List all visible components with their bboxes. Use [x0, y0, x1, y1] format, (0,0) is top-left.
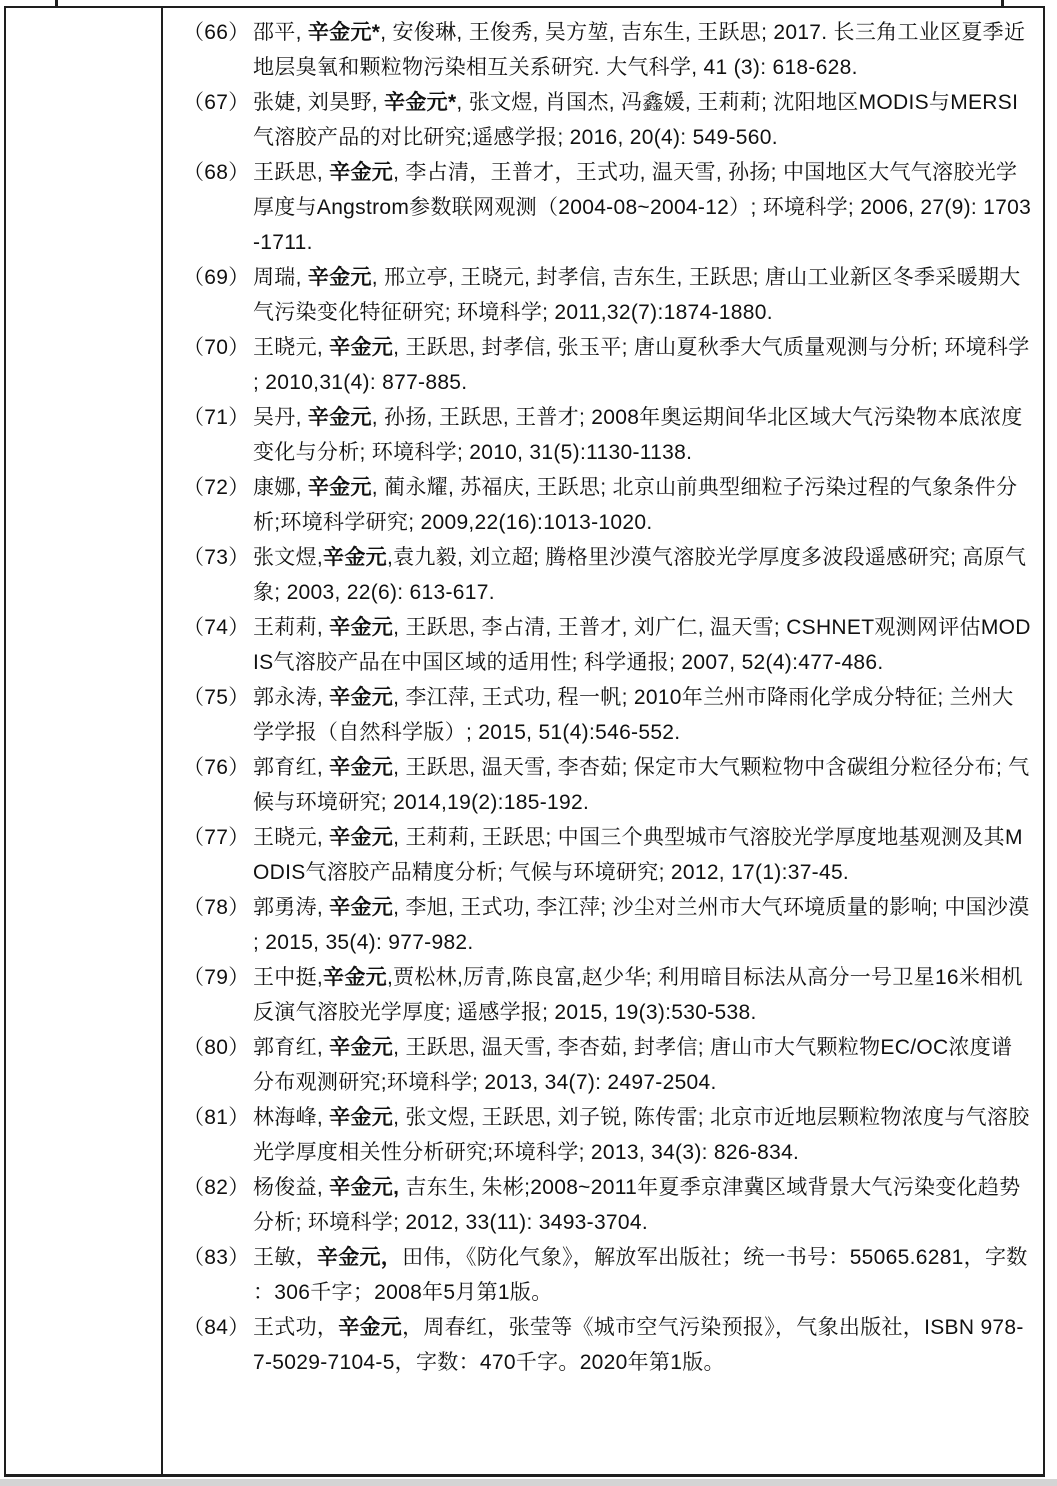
publication-item: （79） 王中挺,辛金元,贾松林,厉青,陈良富,赵少华; 利用暗目标法从高分一号…: [183, 960, 1033, 1030]
publication-item: （74） 王莉莉, 辛金元, 王跃思, 李占清, 王普才, 刘广仁, 温天雪; …: [183, 610, 1033, 680]
publication-item: （70） 王晓元, 辛金元, 王跃思, 封孝信, 张玉平; 唐山夏秋季大气质量观…: [183, 330, 1033, 400]
publication-number: （82）: [183, 1170, 253, 1205]
publication-text: 郭永涛, 辛金元, 李江萍, 王式功, 程一帆; 2010年兰州市降雨化学成分特…: [253, 680, 1033, 750]
publication-item: （66） 邵平, 辛金元*, 安俊琳, 王俊秀, 吴方堃, 吉东生, 王跃思; …: [183, 15, 1033, 85]
publication-text: 王式功，辛金元，周春红，张莹等《城市空气污染预报》，气象出版社，ISBN 978…: [253, 1310, 1033, 1380]
publication-number: （79）: [183, 960, 253, 995]
publication-number: （70）: [183, 330, 253, 365]
publication-text: 张文煜,辛金元,袁九毅, 刘立超; 腾格里沙漠气溶胶光学厚度多波段遥感研究; 高…: [253, 540, 1033, 610]
publication-text: 郭勇涛, 辛金元, 李旭, 王式功, 李江萍; 沙尘对兰州市大气环境质量的影响;…: [253, 890, 1033, 960]
publication-text: 周瑞, 辛金元, 邢立亭, 王晓元, 封孝信, 吉东生, 王跃思; 唐山工业新区…: [253, 260, 1033, 330]
publication-number: （72）: [183, 470, 253, 505]
publication-text: 王跃思, 辛金元, 李占清，王普才，王式功, 温天雪, 孙扬; 中国地区大气气溶…: [253, 155, 1033, 260]
publication-item: （84） 王式功，辛金元，周春红，张莹等《城市空气污染预报》，气象出版社，ISB…: [183, 1310, 1033, 1380]
publication-text: 王晓元, 辛金元, 王跃思, 封孝信, 张玉平; 唐山夏秋季大气质量观测与分析;…: [253, 330, 1033, 400]
table-cell-empty: [6, 8, 163, 1474]
publication-number: （74）: [183, 610, 253, 645]
page-bottom-edge: [0, 1479, 1057, 1486]
publication-number: （68）: [183, 155, 253, 190]
publication-number: （66）: [183, 15, 253, 50]
publication-text: 郭育红, 辛金元, 王跃思, 温天雪, 李杏茹, 封孝信; 唐山市大气颗粒物EC…: [253, 1030, 1033, 1100]
publication-number: （69）: [183, 260, 253, 295]
publication-text: 王晓元, 辛金元, 王莉莉, 王跃思; 中国三个典型城市气溶胶光学厚度地基观测及…: [253, 820, 1033, 890]
publication-number: （75）: [183, 680, 253, 715]
publication-item: （78） 郭勇涛, 辛金元, 李旭, 王式功, 李江萍; 沙尘对兰州市大气环境质…: [183, 890, 1033, 960]
publication-item: （77） 王晓元, 辛金元, 王莉莉, 王跃思; 中国三个典型城市气溶胶光学厚度…: [183, 820, 1033, 890]
publications-table: （66） 邵平, 辛金元*, 安俊琳, 王俊秀, 吴方堃, 吉东生, 王跃思; …: [4, 6, 1045, 1477]
publication-item: （75） 郭永涛, 辛金元, 李江萍, 王式功, 程一帆; 2010年兰州市降雨…: [183, 680, 1033, 750]
publication-item: （72） 康娜, 辛金元, 蔺永耀, 苏福庆, 王跃思; 北京山前典型细粒子污染…: [183, 470, 1033, 540]
publication-item: （82） 杨俊益, 辛金元, 吉东生, 朱彬;2008~2011年夏季京津冀区域…: [183, 1170, 1033, 1240]
publication-text: 张婕, 刘昊野, 辛金元*, 张文煜, 肖国杰, 冯鑫媛, 王莉莉; 沈阳地区M…: [253, 85, 1033, 155]
publication-number: （73）: [183, 540, 253, 575]
publication-item: （71） 吴丹, 辛金元, 孙扬, 王跃思, 王普才; 2008年奥运期间华北区…: [183, 400, 1033, 470]
publication-item: （76） 郭育红, 辛金元, 王跃思, 温天雪, 李杏茹; 保定市大气颗粒物中含…: [183, 750, 1033, 820]
publication-item: （69） 周瑞, 辛金元, 邢立亭, 王晓元, 封孝信, 吉东生, 王跃思; 唐…: [183, 260, 1033, 330]
publication-list: （66） 邵平, 辛金元*, 安俊琳, 王俊秀, 吴方堃, 吉东生, 王跃思; …: [163, 8, 1043, 1474]
publication-text: 邵平, 辛金元*, 安俊琳, 王俊秀, 吴方堃, 吉东生, 王跃思; 2017.…: [253, 15, 1033, 85]
publication-number: （83）: [183, 1240, 253, 1275]
publication-number: （84）: [183, 1310, 253, 1345]
publication-number: （78）: [183, 890, 253, 925]
publication-number: （76）: [183, 750, 253, 785]
publication-number: （81）: [183, 1100, 253, 1135]
publication-text: 杨俊益, 辛金元, 吉东生, 朱彬;2008~2011年夏季京津冀区域背景大气污…: [253, 1170, 1033, 1240]
publication-text: 王敏，辛金元，田伟，《防化气象》，解放军出版社；统一书号：55065.6281，…: [253, 1240, 1033, 1310]
publication-item: （81） 林海峰, 辛金元, 张文煜, 王跃思, 刘子锐, 陈传雷; 北京市近地…: [183, 1100, 1033, 1170]
publication-number: （77）: [183, 820, 253, 855]
publication-item: （83） 王敏，辛金元，田伟，《防化气象》，解放军出版社；统一书号：55065.…: [183, 1240, 1033, 1310]
document-page: （66） 邵平, 辛金元*, 安俊琳, 王俊秀, 吴方堃, 吉东生, 王跃思; …: [0, 0, 1057, 1486]
publication-number: （67）: [183, 85, 253, 120]
publication-item: （80） 郭育红, 辛金元, 王跃思, 温天雪, 李杏茹, 封孝信; 唐山市大气…: [183, 1030, 1033, 1100]
publication-text: 林海峰, 辛金元, 张文煜, 王跃思, 刘子锐, 陈传雷; 北京市近地层颗粒物浓…: [253, 1100, 1033, 1170]
publication-text: 王莉莉, 辛金元, 王跃思, 李占清, 王普才, 刘广仁, 温天雪; CSHNE…: [253, 610, 1033, 680]
publication-text: 吴丹, 辛金元, 孙扬, 王跃思, 王普才; 2008年奥运期间华北区域大气污染…: [253, 400, 1033, 470]
publication-text: 王中挺,辛金元,贾松林,厉青,陈良富,赵少华; 利用暗目标法从高分一号卫星16米…: [253, 960, 1033, 1030]
publication-text: 康娜, 辛金元, 蔺永耀, 苏福庆, 王跃思; 北京山前典型细粒子污染过程的气象…: [253, 470, 1033, 540]
publication-number: （80）: [183, 1030, 253, 1065]
publication-item: （68） 王跃思, 辛金元, 李占清，王普才，王式功, 温天雪, 孙扬; 中国地…: [183, 155, 1033, 260]
publication-text: 郭育红, 辛金元, 王跃思, 温天雪, 李杏茹; 保定市大气颗粒物中含碳组分粒径…: [253, 750, 1033, 820]
publication-number: （71）: [183, 400, 253, 435]
publication-item: （67） 张婕, 刘昊野, 辛金元*, 张文煜, 肖国杰, 冯鑫媛, 王莉莉; …: [183, 85, 1033, 155]
publication-item: （73） 张文煜,辛金元,袁九毅, 刘立超; 腾格里沙漠气溶胶光学厚度多波段遥感…: [183, 540, 1033, 610]
